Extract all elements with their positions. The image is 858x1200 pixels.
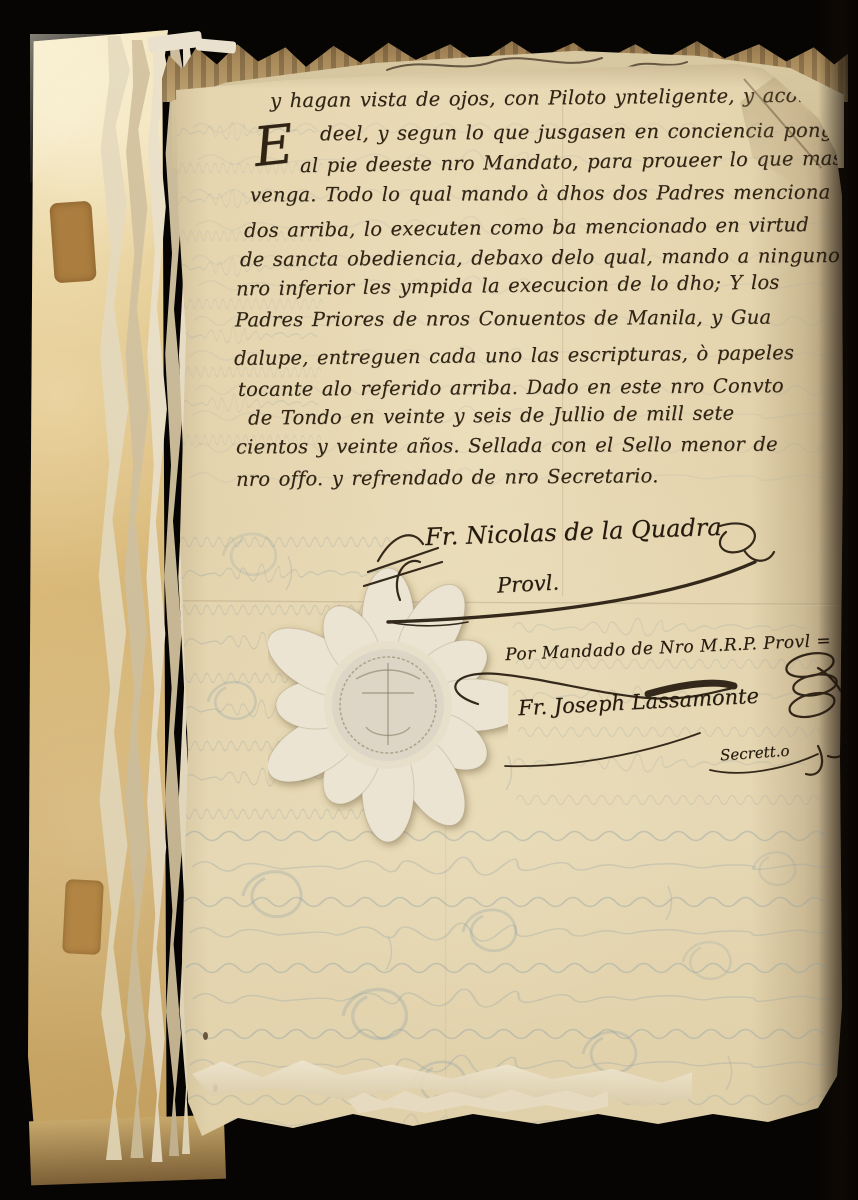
stitching-hole	[203, 1032, 208, 1040]
manuscript-photo: E y hagan vista de ojos, con Piloto ynte…	[0, 0, 858, 1200]
cover-repair-patch	[62, 879, 104, 955]
cover-bottom-edge	[29, 1115, 226, 1186]
binding-gutter-shadow	[818, 0, 858, 1200]
cover-repair-patch	[49, 201, 96, 284]
manuscript-page: E y hagan vista de ojos, con Piloto ynte…	[168, 56, 845, 1160]
signature-provincial-title: Provl.	[496, 570, 559, 597]
torn-paper-flag	[196, 38, 237, 53]
signature-flourishes	[168, 56, 845, 1160]
vellum-cover	[28, 30, 168, 1170]
